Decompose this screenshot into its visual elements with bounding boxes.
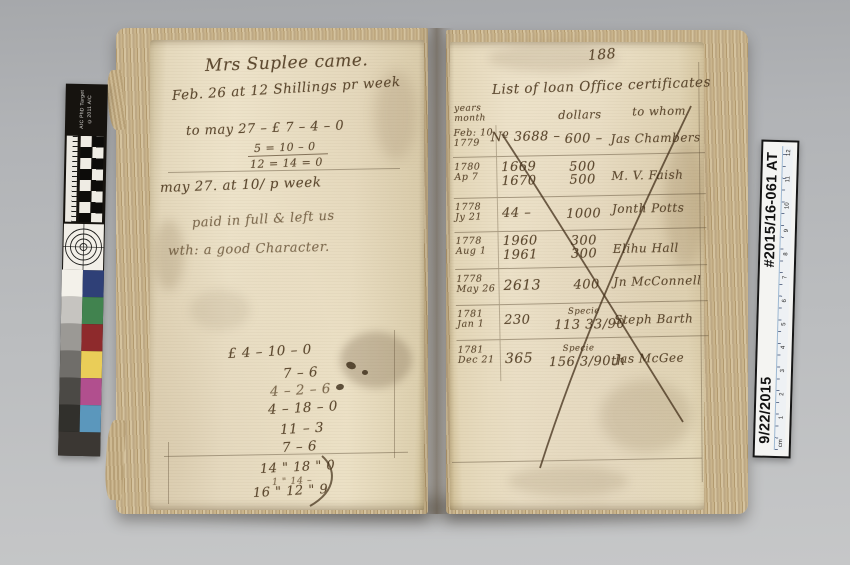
- color-patch: [80, 405, 102, 432]
- ruler-number: 1: [779, 416, 785, 420]
- cell-no: 1670: [501, 173, 536, 189]
- total-line: 16 " 12 " 9: [253, 482, 329, 501]
- entry-line: Feb. 26 at 12 Shillings pr week: [172, 74, 401, 104]
- col-header-dollars: dollars: [558, 107, 602, 122]
- color-patch: [59, 378, 81, 405]
- table-row: 1781Dec 21 365 Specie156 3/90th Jas McGe…: [457, 336, 710, 382]
- certificate-table: years month dollars to whom Feb: 101779 …: [452, 99, 709, 382]
- ruler-number: 12: [786, 149, 792, 156]
- color-patch: [82, 297, 104, 324]
- color-patch: [61, 297, 83, 324]
- color-patch: [81, 324, 103, 351]
- table-row: 1778Aug 1 19601961 300300 Elihu Hall: [454, 228, 707, 270]
- stain: [190, 290, 250, 330]
- entry-line: may 27. at 10/ p week: [160, 174, 322, 196]
- color-patch: [80, 378, 102, 405]
- bottom-margin-rule: [452, 458, 702, 463]
- stain: [600, 380, 692, 452]
- stain: [508, 466, 628, 496]
- aic-calibration-target: AIC PhD Target ©2011 AIC: [58, 84, 108, 457]
- ruler-number: 9: [784, 229, 790, 233]
- table-row: Feb: 101779 Nº 3688 – 600 – Jas Chambers: [452, 121, 705, 158]
- cell-date: Ap 7: [454, 172, 478, 183]
- entry-line: 5 = 10 – 0: [254, 140, 316, 155]
- ruler-number: 8: [783, 252, 789, 256]
- margin-line: [168, 442, 169, 504]
- cell-date: May 26: [456, 283, 495, 295]
- cell-date: Dec 21: [458, 354, 495, 366]
- cell-date: Aug 1: [456, 245, 487, 257]
- cell-no: 2613: [503, 278, 567, 293]
- cell-name: Jonth Potts: [612, 200, 708, 216]
- col-header-to-whom: to whom: [632, 104, 686, 119]
- cell-name: Steph Barth: [614, 311, 710, 327]
- accession-number: #2015/16-061 AT: [762, 152, 781, 268]
- color-patch: [81, 351, 103, 378]
- table-row: 1780Ap 7 16691670 500500 M. V. Faish: [453, 153, 706, 199]
- ruler-number: 10: [785, 202, 791, 209]
- photo-date: 9/22/2015: [757, 376, 775, 444]
- ink-blot: [345, 361, 357, 371]
- cell-name: Jn McConnell: [613, 273, 709, 289]
- ink-blot: [362, 370, 368, 375]
- target-title: AIC PhD Target: [78, 89, 85, 128]
- ruler-number: 11: [785, 176, 791, 182]
- accession-ruler-card: 9/22/2015 #2015/16-061 AT cm 1 2 3 4 5 6…: [753, 140, 800, 459]
- cell-name: Elihu Hall: [613, 240, 709, 256]
- ruler-number: 5: [781, 322, 787, 326]
- col-header-year: years: [454, 103, 481, 114]
- ruler-number: 3: [780, 369, 786, 373]
- figure-line: £ 4 – 10 – 0: [228, 342, 313, 362]
- color-patch: [61, 270, 83, 297]
- target-ruler-section: [63, 134, 107, 225]
- entry-line: paid in full & left us: [192, 209, 335, 231]
- cell-dollars: 500: [569, 172, 596, 188]
- page-number: 188: [587, 46, 616, 64]
- stain: [340, 332, 412, 388]
- col-header-month: month: [454, 113, 486, 124]
- table-row: 1778Jy 21 44 – 1000 Jonth Potts: [454, 194, 707, 233]
- color-patch: [60, 351, 82, 378]
- color-patch-grid: [59, 270, 104, 433]
- cell-no: 1961: [503, 247, 538, 263]
- figure-line: 11 – 3: [280, 420, 325, 438]
- cell-date: 1779: [454, 137, 480, 149]
- target-bottom-patch: [58, 432, 100, 457]
- focus-target: [63, 224, 104, 271]
- ruler-number: 4: [781, 346, 787, 350]
- target-copyright: ©2011 AIC: [86, 95, 93, 124]
- entry-line: to may 27 – £ 7 – 4 – 0: [186, 118, 345, 139]
- checker-column: [79, 136, 92, 222]
- figure-line: 7 – 6: [283, 364, 319, 382]
- cell-name: Jas Chambers: [611, 130, 707, 146]
- archival-photo: Mrs Suplee came. Feb. 26 at 12 Shillings…: [0, 0, 850, 565]
- color-patch: [59, 405, 81, 432]
- cell-name: M. V. Faish: [611, 167, 707, 183]
- target-header: AIC PhD Target ©2011 AIC: [65, 84, 108, 135]
- cell-date: Jy 21: [455, 211, 482, 223]
- cell-no: 44 –: [502, 206, 566, 221]
- cell-no: Nº 3688 –: [491, 130, 555, 145]
- cell-date: Jan 1: [457, 318, 484, 330]
- cell-dollars: 300: [571, 246, 598, 262]
- color-patch: [60, 324, 82, 351]
- mm-scale: [65, 136, 78, 222]
- ledger-left-page: Mrs Suplee came. Feb. 26 at 12 Shillings…: [150, 40, 424, 510]
- figure-line: 4 – 18 – 0: [268, 398, 339, 418]
- total-line: 14 " 18 " 0: [260, 458, 336, 477]
- ruler-number: 6: [782, 299, 788, 303]
- figure-line: 4 – 2 – 6: [270, 381, 332, 400]
- checker-column: [91, 136, 104, 222]
- table-title: List of loan Office certificates: [492, 74, 711, 98]
- entry-heading: Mrs Suplee came.: [205, 50, 369, 76]
- ink-blot: [335, 383, 344, 391]
- card-content: 9/22/2015 #2015/16-061 AT cm 1 2 3 4 5 6…: [756, 144, 795, 453]
- ruler-number: 2: [779, 392, 785, 396]
- color-patch: [82, 270, 104, 297]
- concentric-circles: [63, 224, 104, 271]
- ruler-unit: cm: [778, 439, 784, 447]
- table-row: 1778May 26 2613 400 Jn McConnell: [455, 265, 708, 306]
- ledger-right-page: 188 List of loan Office certificates yea…: [450, 42, 704, 510]
- ruler-number: 7: [783, 276, 789, 280]
- table-row: 1781Jan 1 230 Specie113 33/90 Steph Bart…: [456, 301, 709, 341]
- cell-name: Jas McGee: [615, 350, 711, 366]
- entry-line: wth: a good Character.: [168, 240, 330, 259]
- margin-line: [394, 330, 395, 458]
